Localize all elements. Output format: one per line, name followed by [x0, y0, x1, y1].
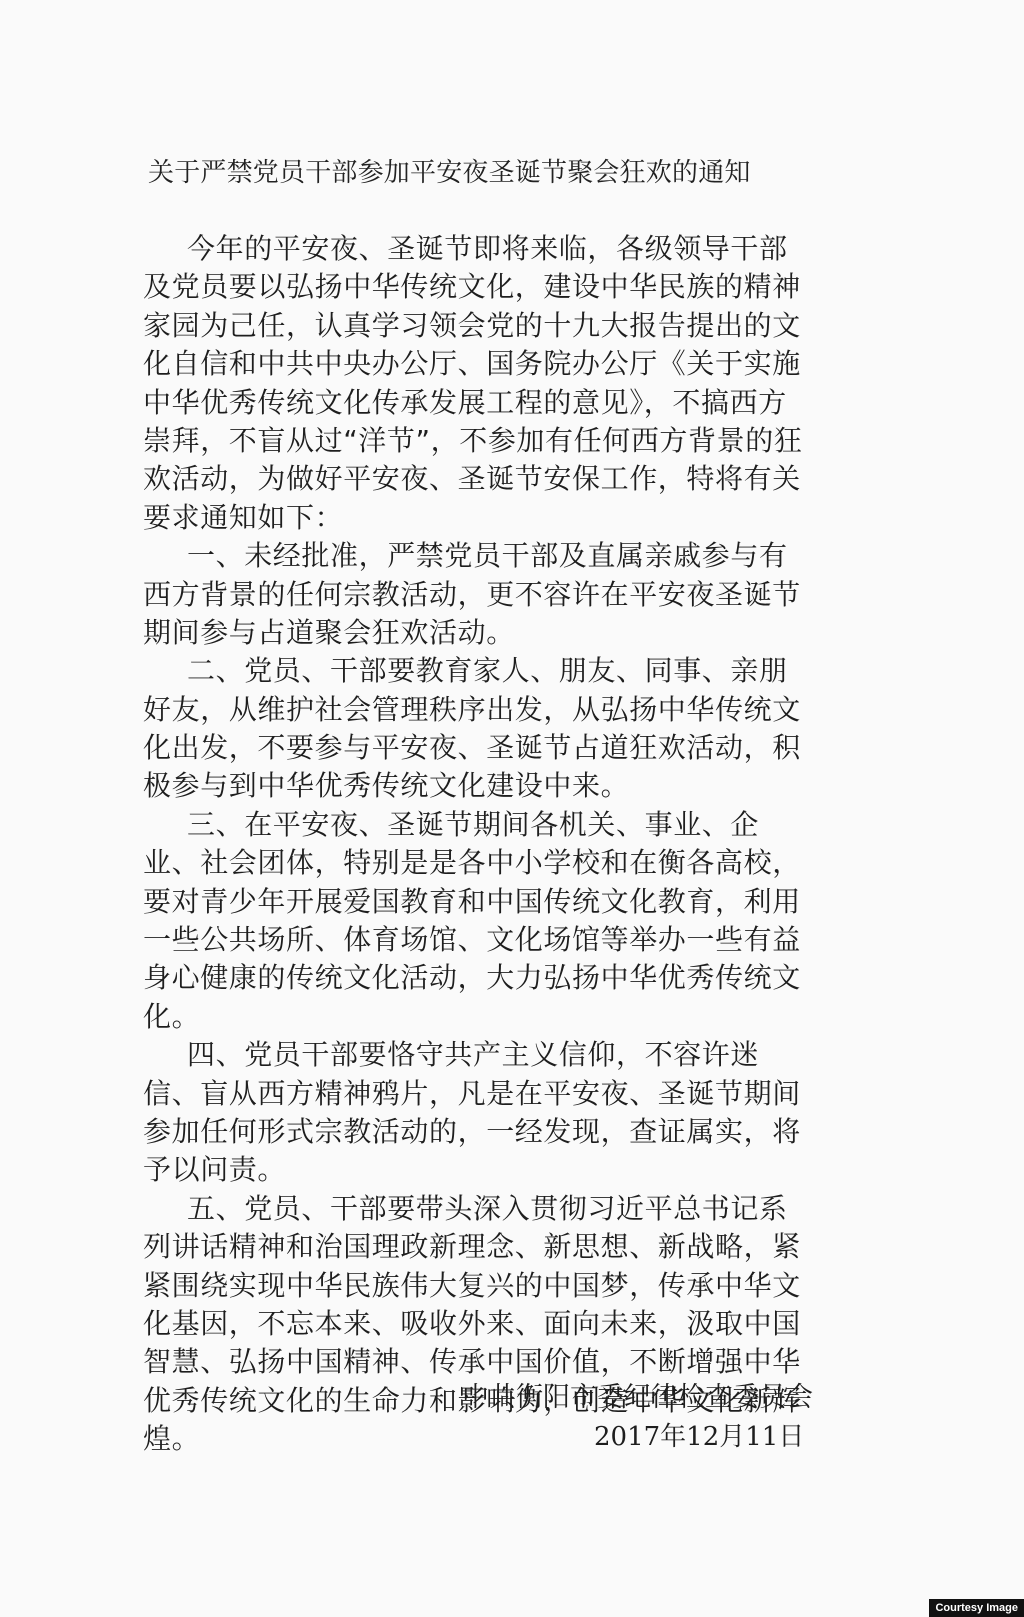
body-line: 期间参与占道聚会狂欢活动。 — [143, 614, 843, 652]
paragraph-first-line: 二、党员、干部要教育家人、朋友、同事、亲朋 — [143, 652, 843, 690]
body-line: 要求通知如下： — [143, 499, 843, 537]
body-line: 身心健康的传统文化活动，大力弘扬中华优秀传统文 — [143, 959, 843, 997]
body-line: 中华优秀传统文化传承发展工程的意见》，不搞西方 — [143, 384, 843, 422]
body-line: 予以问责。 — [143, 1151, 843, 1189]
body-line: 化出发，不要参与平安夜、圣诞节占道狂欢活动，积 — [143, 729, 843, 767]
body-line: 家园为己任，认真学习领会党的十九大报告提出的文 — [143, 307, 843, 345]
body-line: 智慧、弘扬中国精神、传承中国价值，不断增强中华 — [143, 1343, 843, 1381]
body-line: 紧围绕实现中华民族伟大复兴的中国梦，传承中华文 — [143, 1267, 843, 1305]
body-line: 化。 — [143, 998, 843, 1036]
document-body: 今年的平安夜、圣诞节即将来临，各级领导干部及党员要以弘扬中华传统文化，建设中华民… — [143, 230, 843, 1459]
document-title: 关于严禁党员干部参加平安夜圣诞节聚会狂欢的通知 — [148, 156, 868, 190]
body-line: 西方背景的任何宗教活动，更不容许在平安夜圣诞节 — [143, 576, 843, 614]
body-line: 列讲话精神和治国理政新理念、新思想、新战略，紧 — [143, 1228, 843, 1266]
paragraph-first-line: 三、在平安夜、圣诞节期间各机关、事业、企 — [143, 806, 843, 844]
issuing-organization: 中共衡阳市委纪律检查委员会 — [462, 1380, 862, 1416]
document-page: 关于严禁党员干部参加平安夜圣诞节聚会狂欢的通知 今年的平安夜、圣诞节即将来临，各… — [0, 0, 1024, 1617]
body-line: 一些公共场所、体育场馆、文化场馆等举办一些有益 — [143, 921, 843, 959]
body-line: 欢活动，为做好平安夜、圣诞节安保工作，特将有关 — [143, 460, 843, 498]
paragraph-first-line: 四、党员干部要恪守共产主义信仰，不容许迷 — [143, 1036, 843, 1074]
body-line: 化自信和中共中央办公厅、国务院办公厅《关于实施 — [143, 345, 843, 383]
body-line: 极参与到中华优秀传统文化建设中来。 — [143, 767, 843, 805]
body-line: 业、社会团体，特别是是各中小学校和在衡各高校， — [143, 844, 843, 882]
body-line: 崇拜，不盲从过“洋节”，不参加有任何西方背景的狂 — [143, 422, 843, 460]
body-line: 要对青少年开展爱国教育和中国传统文化教育，利用 — [143, 883, 843, 921]
paragraph-first-line: 今年的平安夜、圣诞节即将来临，各级领导干部 — [143, 230, 843, 268]
body-line: 及党员要以弘扬中华传统文化，建设中华民族的精神 — [143, 268, 843, 306]
courtesy-image-label: Courtesy Image — [929, 1599, 1024, 1617]
paragraph-first-line: 一、未经批准，严禁党员干部及直属亲戚参与有 — [143, 537, 843, 575]
issue-date: 2017年12月11日 — [594, 1420, 854, 1454]
body-line: 参加任何形式宗教活动的，一经发现，查证属实，将 — [143, 1113, 843, 1151]
paragraph-first-line: 五、党员、干部要带头深入贯彻习近平总书记系 — [143, 1190, 843, 1228]
body-line: 好友，从维护社会管理秩序出发，从弘扬中华传统文 — [143, 691, 843, 729]
body-line: 化基因，不忘本来、吸收外来、面向未来，汲取中国 — [143, 1305, 843, 1343]
body-line: 信、盲从西方精神鸦片，凡是在平安夜、圣诞节期间 — [143, 1075, 843, 1113]
